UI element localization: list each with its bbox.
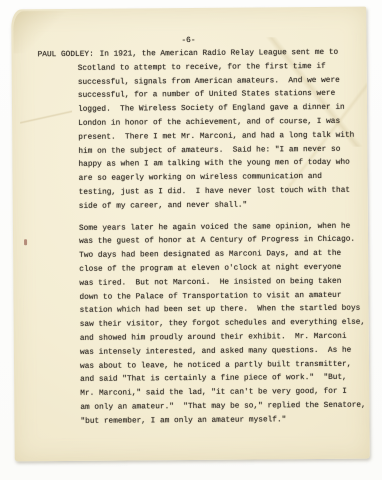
page-number: -6- (181, 35, 195, 49)
scan-background: -6- PAUL GODLEY: In 1921, the American R… (0, 0, 382, 480)
speaker-label: PAUL GODLEY: (38, 49, 94, 63)
document-body: PAUL GODLEY: In 1921, the American Radio… (78, 47, 373, 430)
paper-speck (24, 239, 27, 245)
paper-crease (20, 104, 72, 130)
paragraph-2: Some years later he again voiced the sam… (79, 220, 373, 429)
paper-corner-fold (13, 11, 71, 53)
paper-page: -6- PAUL GODLEY: In 1921, the American R… (11, 7, 370, 462)
paragraph-1: In 1921, the American Radio Relay League… (78, 47, 371, 215)
